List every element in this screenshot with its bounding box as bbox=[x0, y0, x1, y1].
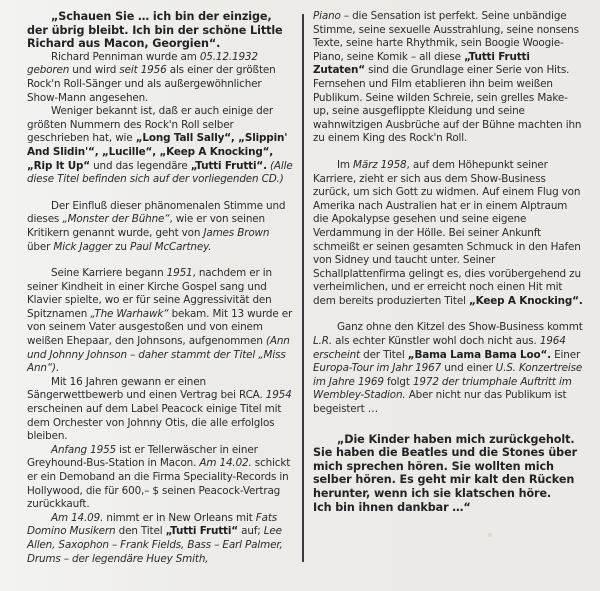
text: zu bbox=[112, 241, 130, 253]
text: Einer bbox=[551, 349, 580, 361]
text: Mit 16 Jahren gewann er einen Sängerwett… bbox=[27, 376, 266, 402]
paragraph-birth: Richard Penniman wurde am 05.12.1932 geb… bbox=[27, 51, 295, 105]
text: über bbox=[27, 241, 53, 253]
date: Am 14.02. bbox=[199, 457, 251, 469]
text: Seine Karriere begann bbox=[51, 267, 167, 279]
paragraph-songwriting: Weniger bekannt ist, daß er auch einige … bbox=[27, 105, 295, 187]
song-title: „Tutti Frutti“. bbox=[191, 160, 267, 172]
text: , auf dem Höhepunkt seiner Karriere, zie… bbox=[313, 159, 581, 307]
paragraph-comeback: Ganz ohne den Kitzel des Show-Business k… bbox=[313, 321, 583, 416]
closing-quote-end: Ich bin ihnen dankbar …“ bbox=[313, 501, 583, 515]
text: Im bbox=[337, 159, 353, 171]
right-column: Piano – die Sensation ist perfekt. Seine… bbox=[313, 10, 583, 514]
artist-name: James Brown bbox=[203, 227, 269, 239]
text-italic: Piano bbox=[313, 10, 341, 22]
text: nimmt er in New Orleans mit bbox=[103, 512, 256, 524]
text-italic: seit 1956 bbox=[119, 64, 166, 76]
paragraph-influence: Der Einfluß dieser phänomenalen Stimme u… bbox=[27, 200, 295, 254]
paper-stain bbox=[488, 533, 492, 537]
text-italic: Europa-Tour im Jahr 1967 bbox=[313, 362, 441, 374]
text: und das legendäre bbox=[90, 160, 191, 172]
text: auf; bbox=[238, 525, 264, 537]
text-italic: „Monster der Bühne“ bbox=[62, 213, 169, 225]
text: erscheinen auf dem Label Peacock einige … bbox=[27, 403, 281, 442]
paragraph-tutti-frutti: Am 14.09. nimmt er in New Orleans mit Fa… bbox=[27, 512, 295, 566]
paragraph-sensation: Piano – die Sensation ist perfekt. Seine… bbox=[313, 10, 583, 146]
date: Am 14.09. bbox=[51, 512, 103, 524]
paragraph-rca: Mit 16 Jahren gewann er einen Sängerwett… bbox=[27, 376, 295, 444]
nickname: „The Warhawk“ bbox=[90, 308, 168, 320]
text-italic: L.R. bbox=[313, 335, 332, 347]
text: Richard Penniman wurde am bbox=[51, 51, 200, 63]
artist-name: Mick Jagger bbox=[53, 241, 112, 253]
column-divider bbox=[302, 14, 304, 562]
text: – die Sensation ist perfekt. Seine unbän… bbox=[313, 10, 579, 63]
year: 1951 bbox=[167, 267, 193, 279]
paragraph-career-start: Seine Karriere begann 1951, nachdem er i… bbox=[27, 267, 295, 376]
song-title: „Bama Lama Bama Loo“. bbox=[408, 349, 551, 361]
text: der Titel bbox=[360, 349, 408, 361]
text: folgt bbox=[384, 376, 413, 388]
artist-name: Paul McCartney. bbox=[130, 241, 211, 253]
intro-quote: „Schauen Sie … ich bin der einzige, der … bbox=[27, 10, 295, 51]
year: 1954 bbox=[266, 389, 292, 401]
date: März 1958 bbox=[353, 159, 406, 171]
song-title: „Tutti Frutti“ bbox=[166, 525, 238, 537]
text: und wird bbox=[69, 64, 119, 76]
closing-quote: „Die Kinder haben mich zurückgeholt. Sie… bbox=[313, 433, 583, 501]
paragraph-1958: Im März 1958, auf dem Höhepunkt seiner K… bbox=[313, 159, 583, 309]
birth-date: 05.12.1932 bbox=[200, 51, 258, 63]
text: den Titel bbox=[115, 525, 165, 537]
paragraph-1955: Anfang 1955 ist er Tellerwäscher in eine… bbox=[27, 444, 295, 512]
text: und einer bbox=[441, 362, 496, 374]
text-italic: geboren bbox=[27, 64, 69, 76]
left-column: „Schauen Sie … ich bin der einzige, der … bbox=[27, 10, 295, 566]
text: Ganz ohne den Kitzel des Show-Business k… bbox=[337, 321, 583, 333]
song-title: „Keep A Knocking“. bbox=[469, 295, 583, 307]
text: als echter Künstler wohl doch nicht aus. bbox=[332, 335, 540, 347]
text-italic: Anfang 1955 bbox=[51, 444, 116, 456]
